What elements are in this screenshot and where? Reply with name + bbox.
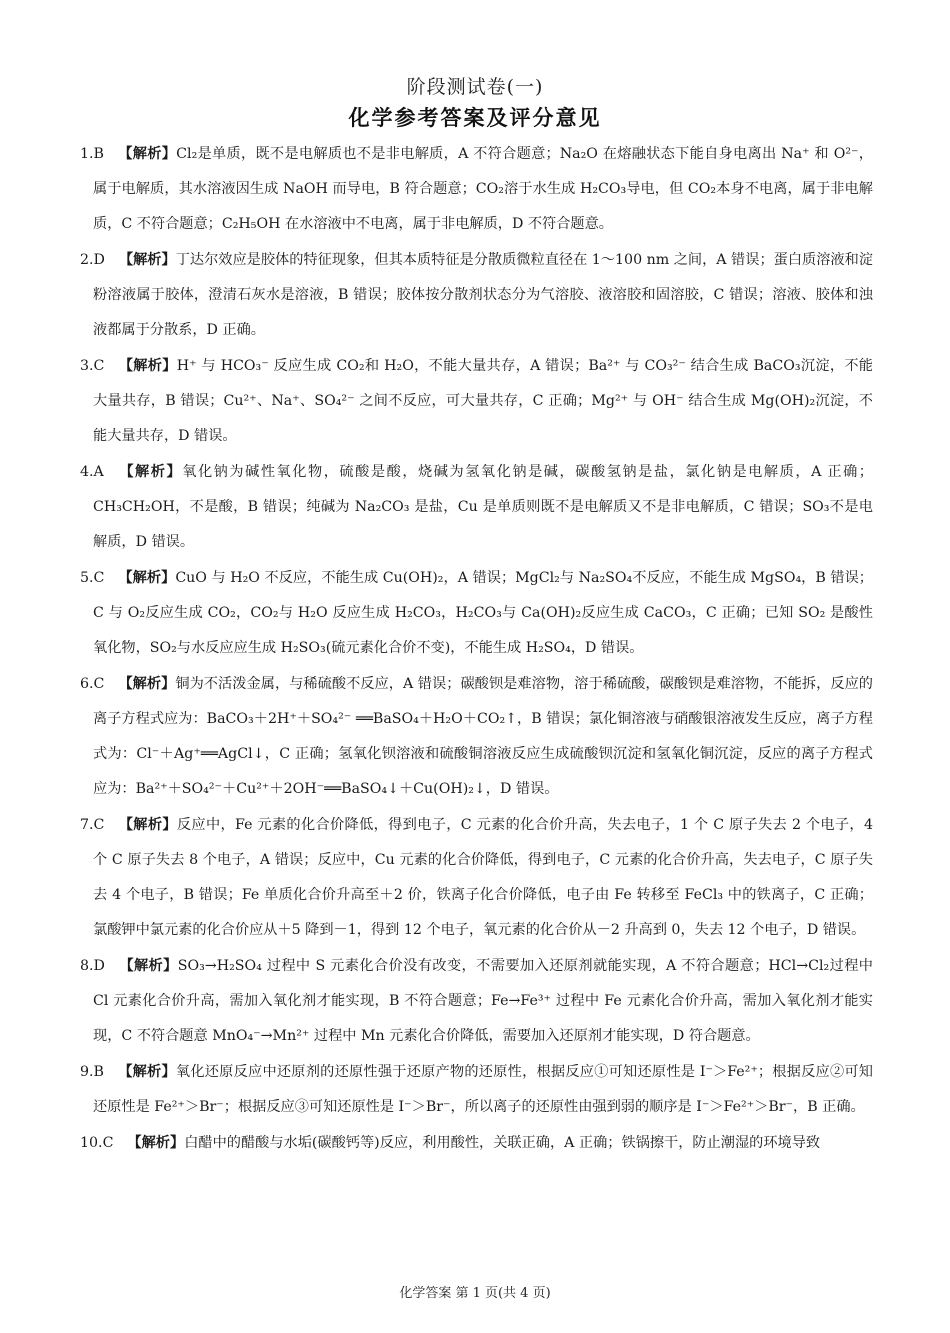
answer-list: 1.B【解析】Cl₂是单质，既不是电解质也不是非电解质，A 不符合题意；Na₂O… bbox=[80, 137, 873, 1161]
answer-item-8: 8.D【解析】SO₃→H₂SO₄ 过程中 S 元素化合价没有改变，不需要加入还原… bbox=[80, 949, 873, 1054]
answer-text: 反应中，Fe 元素的化合价降低，得到电子，C 元素的化合价升高，失去电子，1 个… bbox=[93, 817, 873, 938]
answer-item-3: 3.C【解析】H⁺ 与 HCO₃⁻ 反应生成 CO₂和 H₂O，不能大量共存，A… bbox=[80, 349, 873, 454]
question-number: 9.B bbox=[80, 1064, 104, 1080]
analysis-tag: 【解析】 bbox=[118, 676, 175, 692]
answer-text: H⁺ 与 HCO₃⁻ 反应生成 CO₂和 H₂O，不能大量共存，A 错误；Ba²… bbox=[93, 358, 873, 444]
answer-item-5: 5.C【解析】CuO 与 H₂O 不反应，不能生成 Cu(OH)₂，A 错误；M… bbox=[80, 561, 873, 666]
question-number: 8.D bbox=[80, 958, 105, 974]
page-title: 化学参考答案及评分意见 bbox=[0, 104, 950, 132]
question-number: 5.C bbox=[80, 570, 104, 586]
analysis-tag: 【解析】 bbox=[118, 1064, 176, 1080]
answer-text: CuO 与 H₂O 不反应，不能生成 Cu(OH)₂，A 错误；MgCl₂与 N… bbox=[93, 570, 873, 656]
answer-item-2: 2.D【解析】丁达尔效应是胶体的特征现象，但其本质特征是分散质微粒直径在 1～1… bbox=[80, 243, 873, 348]
answer-text: Cl₂是单质，既不是电解质也不是非电解质，A 不符合题意；Na₂O 在熔融状态下… bbox=[93, 146, 873, 232]
analysis-tag: 【解析】 bbox=[118, 817, 176, 833]
answer-text: 丁达尔效应是胶体的特征现象，但其本质特征是分散质微粒直径在 1～100 nm 之… bbox=[93, 252, 873, 338]
question-number: 1.B bbox=[80, 146, 104, 162]
analysis-tag: 【解析】 bbox=[118, 570, 175, 586]
answer-item-6: 6.C【解析】铜为不活泼金属，与稀硫酸不反应，A 错误；碳酸钡是难溶物，溶于稀硫… bbox=[80, 667, 873, 807]
analysis-tag: 【解析】 bbox=[118, 146, 176, 162]
exam-subtitle: 阶段测试卷(一) bbox=[0, 74, 950, 100]
analysis-tag: 【解析】 bbox=[119, 958, 178, 974]
question-number: 3.C bbox=[80, 358, 104, 374]
answer-text: 氧化还原反应中还原剂的还原性强于还原产物的还原性，根据反应①可知还原性是 I⁻＞… bbox=[93, 1064, 873, 1115]
analysis-tag: 【解析】 bbox=[118, 358, 176, 374]
question-number: 4.A bbox=[80, 464, 104, 480]
answer-text: 白醋中的醋酸与水垢(碳酸钙等)反应，利用酸性，关联正确，A 正确；铁锅擦干，防止… bbox=[184, 1135, 820, 1151]
question-number: 7.C bbox=[80, 817, 104, 833]
page-header: 阶段测试卷(一) 化学参考答案及评分意见 bbox=[0, 74, 950, 132]
answer-text: 氧化钠为碱性氧化物，硫酸是酸，烧碱为氢氧化钠是碱，碳酸氢钠是盐，氯化钠是电解质，… bbox=[93, 464, 873, 550]
answer-item-10: 10.C【解析】白醋中的醋酸与水垢(碳酸钙等)反应，利用酸性，关联正确，A 正确… bbox=[80, 1126, 873, 1161]
answer-text: 铜为不活泼金属，与稀硫酸不反应，A 错误；碳酸钡是难溶物，溶于稀硫酸，碳酸钡是难… bbox=[93, 676, 873, 797]
answer-text: SO₃→H₂SO₄ 过程中 S 元素化合价没有改变，不需要加入还原剂就能实现，A… bbox=[93, 958, 873, 1044]
analysis-tag: 【解析】 bbox=[118, 464, 182, 480]
answer-item-4: 4.A【解析】氧化钠为碱性氧化物，硫酸是酸，烧碱为氢氧化钠是碱，碳酸氢钠是盐，氯… bbox=[80, 455, 873, 560]
analysis-tag: 【解析】 bbox=[119, 252, 176, 268]
question-number: 10.C bbox=[80, 1135, 113, 1151]
answer-item-1: 1.B【解析】Cl₂是单质，既不是电解质也不是非电解质，A 不符合题意；Na₂O… bbox=[80, 137, 873, 242]
analysis-tag: 【解析】 bbox=[127, 1135, 184, 1151]
question-number: 6.C bbox=[80, 676, 104, 692]
answer-item-7: 7.C【解析】反应中，Fe 元素的化合价降低，得到电子，C 元素的化合价升高，失… bbox=[80, 808, 873, 948]
page-footer: 化学答案 第 1 页(共 4 页) bbox=[0, 1282, 950, 1301]
answer-item-9: 9.B【解析】氧化还原反应中还原剂的还原性强于还原产物的还原性，根据反应①可知还… bbox=[80, 1055, 873, 1125]
question-number: 2.D bbox=[80, 252, 105, 268]
